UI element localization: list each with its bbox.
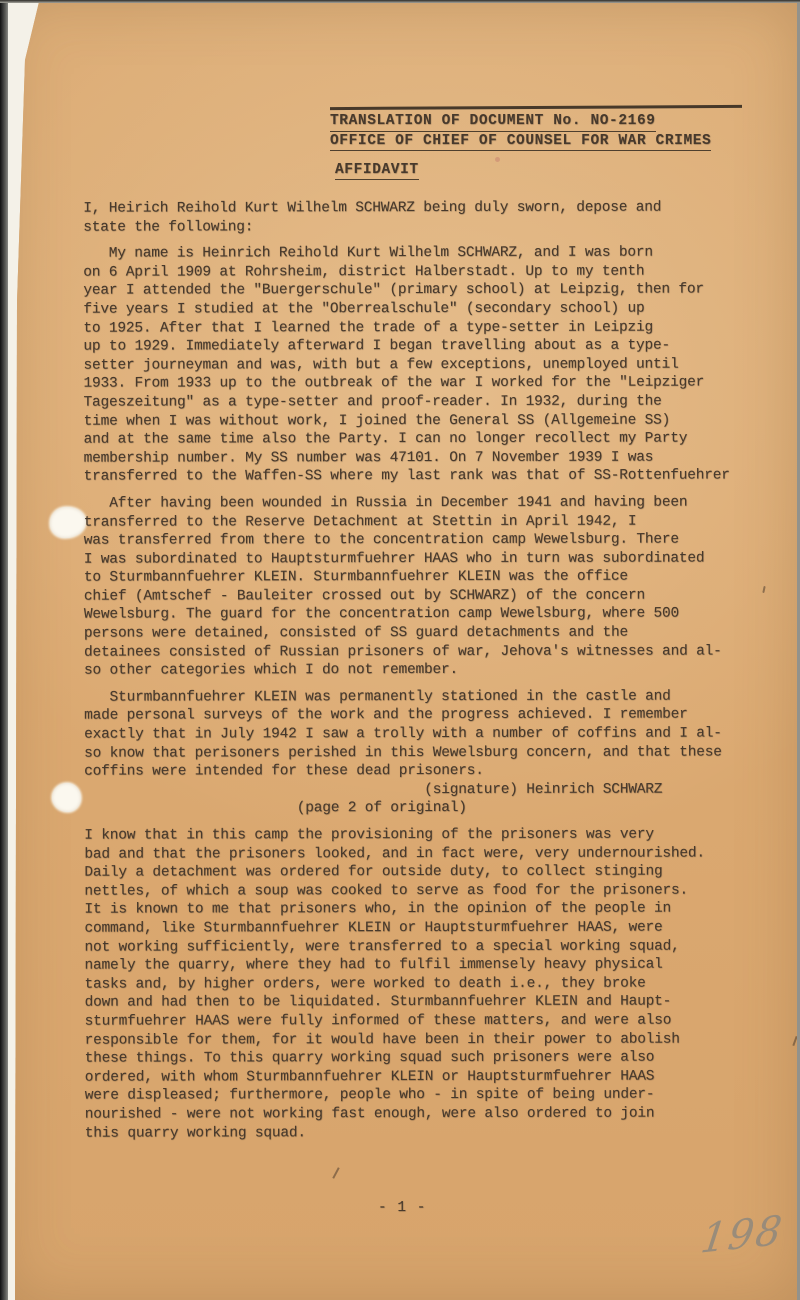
paragraph-biography: My name is Heinrich Reihold Kurt Wilhelm… (83, 244, 783, 487)
header-line-2: OFFICE OF CHIEF OF COUNSEL FOR WAR CRIME… (330, 132, 742, 152)
typed-page-number: - 1 - (378, 1200, 427, 1216)
stray-mark (332, 1167, 339, 1179)
paragraph-klein-coffins-signature: Sturmbannfuehrer KLEIN was permanently s… (84, 687, 784, 818)
paragraph-wewelsburg-assignment: After having been wounded in Russia in D… (84, 493, 784, 680)
handwritten-page-number: 198 (698, 1207, 787, 1263)
stray-mark (792, 1036, 797, 1046)
paragraph-camp-conditions: I know that in this camp the provisionin… (84, 825, 785, 1142)
document-body: I, Heirich Reihold Kurt Wilhelm SCHWARZ … (83, 198, 785, 1150)
document-page: TRANSLATION OF DOCUMENT No. NO-2169 OFFI… (8, 2, 797, 1300)
paragraph-oath: I, Heirich Reihold Kurt Wilhelm SCHWARZ … (83, 198, 783, 236)
header-rule (330, 105, 742, 110)
stray-mark (495, 157, 500, 162)
header-line-1: TRANSLATION OF DOCUMENT No. NO-2169 (330, 112, 742, 132)
document-title-text: AFFIDAVIT (335, 162, 419, 180)
header-line-1-text: TRANSLATION OF DOCUMENT No. NO-2169 (330, 112, 656, 132)
punch-hole-top (50, 507, 86, 538)
header-line-2-text: OFFICE OF CHIEF OF COUNSEL FOR WAR CRIME… (330, 132, 711, 152)
scan-edge-left (0, 0, 8, 1300)
punch-hole-bottom (52, 783, 81, 812)
document-title: AFFIDAVIT (335, 162, 419, 180)
document-header: TRANSLATION OF DOCUMENT No. NO-2169 OFFI… (330, 106, 742, 151)
scan-edge-top (0, 0, 800, 3)
